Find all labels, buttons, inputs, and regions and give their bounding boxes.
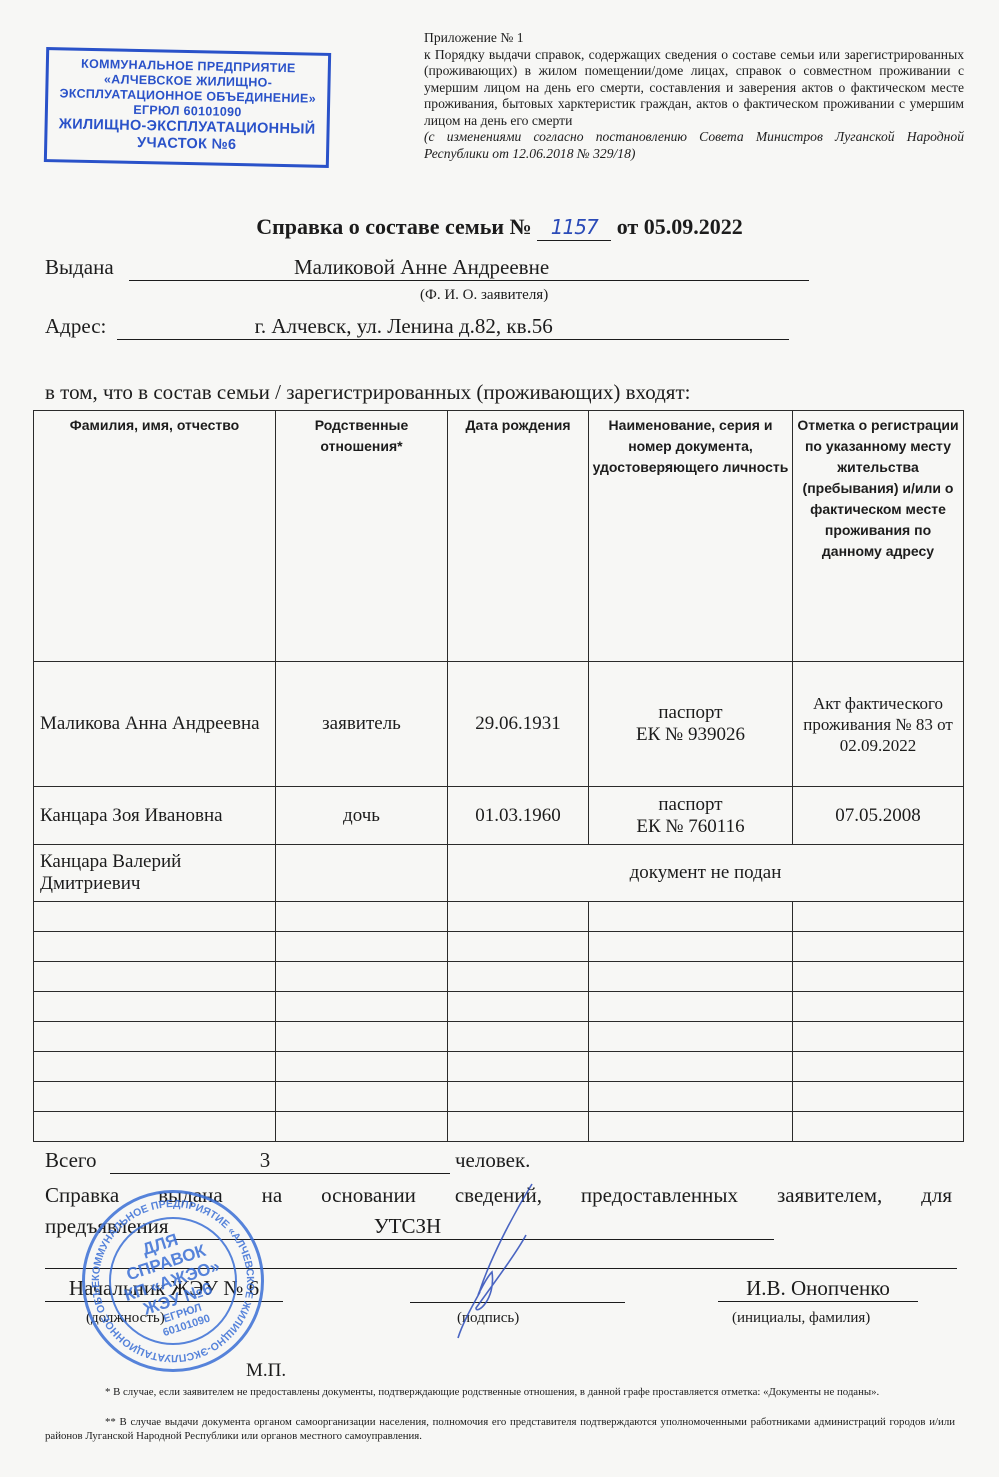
issued-to-value: Маликовой Анне Андреевне (294, 255, 549, 279)
empty-cell (276, 902, 448, 932)
cell-document: паспорт ЕК № 760116 (589, 787, 793, 845)
footnote-1: * В случае, если заявителем не предостав… (45, 1385, 955, 1399)
issued-to-caption: (Ф. И. О. заявителя) (420, 287, 548, 304)
address-value: г. Алчевск, ул. Ленина д.82, кв.56 (255, 314, 553, 338)
empty-cell (448, 1022, 589, 1052)
table-row-empty (34, 1022, 964, 1052)
cell-birth-date: 29.06.1931 (448, 662, 589, 787)
cell-name: Канцара Валерий Дмитриевич (34, 845, 276, 902)
empty-cell (793, 1082, 964, 1112)
empty-cell (589, 932, 793, 962)
empty-cell (793, 932, 964, 962)
table-row-empty (34, 992, 964, 1022)
table-row-empty (34, 962, 964, 992)
table-row: Канцара Валерий Дмитриевич документ не п… (34, 845, 964, 902)
name-caption: (инициалы, фамилия) (732, 1310, 870, 1327)
empty-cell (589, 1022, 793, 1052)
address-field: г. Алчевск, ул. Ленина д.82, кв.56 (117, 314, 789, 340)
empty-cell (276, 1022, 448, 1052)
empty-cell (589, 992, 793, 1022)
empty-cell (34, 1052, 276, 1082)
empty-cell (276, 932, 448, 962)
table-row-empty (34, 902, 964, 932)
empty-cell (34, 1082, 276, 1112)
empty-cell (276, 992, 448, 1022)
empty-cell (589, 962, 793, 992)
empty-cell (448, 1052, 589, 1082)
empty-cell (448, 932, 589, 962)
empty-rows (34, 902, 964, 1142)
header-relation: Родственные отношения* (276, 411, 448, 662)
certificate-number: 1157 (537, 214, 611, 241)
handwritten-number: 1157 (551, 215, 598, 239)
total-suffix: человек. (455, 1148, 530, 1172)
signer-name-field: И.В. Онопченко (718, 1276, 918, 1302)
empty-cell (589, 902, 793, 932)
cell-document: паспорт ЕК № 939026 (589, 662, 793, 787)
cell-relation (276, 845, 448, 902)
empty-cell (448, 992, 589, 1022)
header-registration: Отметка о регистрации по указанному мест… (793, 411, 964, 662)
appendix-body: к Порядку выдачи справок, содержащих све… (424, 47, 964, 130)
signer-name: И.В. Онопченко (746, 1276, 890, 1300)
footnote-2: ** В случае выдачи документа органом сам… (45, 1415, 955, 1443)
issued-to-row: Выдана Маликовой Анне Андреевне (45, 255, 809, 281)
appendix-note: Приложение № 1 к Порядку выдачи справок,… (424, 30, 964, 162)
issued-to-label: Выдана (45, 255, 114, 279)
certificate-date: 05.09.2022 (644, 214, 743, 239)
address-label: Адрес: (45, 314, 106, 338)
total-row: Всего 3 человек. (45, 1148, 530, 1174)
family-table: Фамилия, имя, отчество Родственные отнош… (33, 410, 964, 1142)
issued-to-field: Маликовой Анне Андреевне (129, 255, 809, 281)
empty-cell (276, 1112, 448, 1142)
round-seal-stamp: КОММУНАЛЬНОЕ ПРЕДПРИЯТИЕ «АЛЧЕВСКОЕ ЖИЛИ… (82, 1190, 264, 1372)
cell-relation: заявитель (276, 662, 448, 787)
basis-value: УТСЗН (374, 1214, 441, 1238)
cell-merged-note: документ не подан (448, 845, 964, 902)
organization-stamp: КОММУНАЛЬНОЕ ПРЕДПРИЯТИЕ «АЛЧЕВСКОЕ ЖИЛИ… (44, 47, 331, 168)
empty-cell (793, 1112, 964, 1142)
empty-cell (793, 902, 964, 932)
empty-cell (276, 1082, 448, 1112)
title-date-prefix: от (617, 214, 639, 239)
header-birth-date: Дата рождения (448, 411, 589, 662)
table-row: Канцара Зоя Ивановна дочь 01.03.1960 пас… (34, 787, 964, 845)
empty-cell (276, 962, 448, 992)
empty-cell (793, 1022, 964, 1052)
table-row-empty (34, 1112, 964, 1142)
header-full-name: Фамилия, имя, отчество (34, 411, 276, 662)
empty-cell (34, 962, 276, 992)
cell-registration: 07.05.2008 (793, 787, 964, 845)
table-row-empty (34, 1052, 964, 1082)
empty-cell (448, 1082, 589, 1112)
empty-cell (448, 902, 589, 932)
table-row-empty (34, 932, 964, 962)
title-prefix: Справка о составе семьи № (256, 214, 531, 239)
header-id-document: Наименование, серия и номер документа, у… (589, 411, 793, 662)
total-value: 3 (260, 1148, 271, 1172)
cell-relation: дочь (276, 787, 448, 845)
cell-name: Маликова Анна Андреевна (34, 662, 276, 787)
empty-cell (34, 932, 276, 962)
empty-cell (793, 962, 964, 992)
address-row: Адрес: г. Алчевск, ул. Ленина д.82, кв.5… (45, 314, 789, 340)
empty-cell (793, 1052, 964, 1082)
appendix-amendment: (с изменениями согласно постановлению Со… (424, 129, 964, 162)
intro-text: в том, что в состав семьи / зарегистриро… (45, 380, 690, 405)
cell-registration: Акт фактического проживания № 83 от 02.0… (793, 662, 964, 787)
signature-scribble (440, 1180, 560, 1340)
table-header-row: Фамилия, имя, отчество Родственные отнош… (34, 411, 964, 662)
appendix-heading: Приложение № 1 (424, 30, 964, 47)
empty-cell (34, 1112, 276, 1142)
name-row: И.В. Онопченко (718, 1276, 918, 1302)
cell-name: Канцара Зоя Ивановна (34, 787, 276, 845)
empty-cell (34, 1022, 276, 1052)
total-label: Всего (45, 1148, 97, 1172)
table-row: Маликова Анна Андреевна заявитель 29.06.… (34, 662, 964, 787)
empty-cell (589, 1052, 793, 1082)
empty-cell (793, 992, 964, 1022)
table-row-empty (34, 1082, 964, 1112)
cell-birth-date: 01.03.1960 (448, 787, 589, 845)
empty-cell (34, 992, 276, 1022)
empty-cell (448, 962, 589, 992)
empty-cell (34, 902, 276, 932)
document-title: Справка о составе семьи № 1157 от 05.09.… (0, 214, 999, 241)
empty-cell (589, 1112, 793, 1142)
empty-cell (448, 1112, 589, 1142)
empty-cell (589, 1082, 793, 1112)
empty-cell (276, 1052, 448, 1082)
total-field: 3 (110, 1148, 450, 1174)
